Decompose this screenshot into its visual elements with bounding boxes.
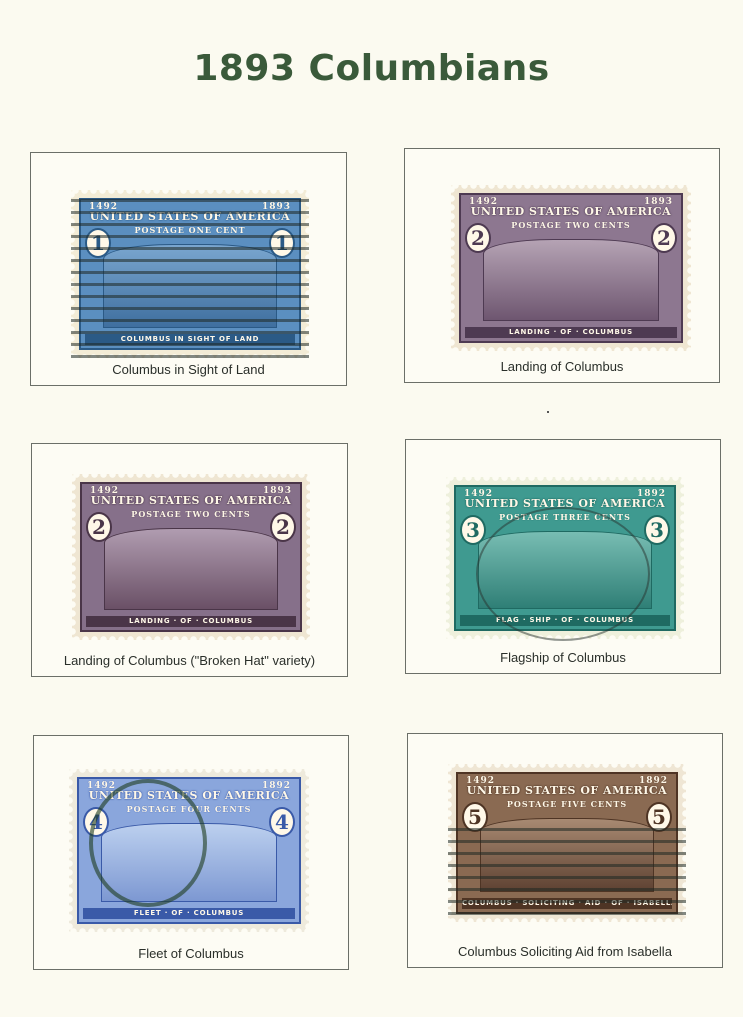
stamp-label: LANDING · OF · COLUMBUS: [86, 616, 296, 627]
stamp-country: UNITED STATES OF AMERICA: [456, 497, 674, 510]
stamp-label: COLUMBUS IN SIGHT OF LAND: [85, 334, 295, 345]
stamp-image-3c: 1492 1892 UNITED STATES OF AMERICA POSTA…: [446, 477, 684, 639]
stamp-mount-2: 1492 1893 UNITED STATES OF AMERICA POSTA…: [404, 148, 720, 383]
stamp-country: UNITED STATES OF AMERICA: [461, 205, 681, 218]
stamp-vignette: [480, 818, 654, 892]
stamp-image-2c-broken-hat: 1492 1893 UNITED STATES OF AMERICA POSTA…: [72, 474, 310, 640]
stamp-country: UNITED STATES OF AMERICA: [82, 494, 300, 507]
stamp-mount-6: 1492 1892 UNITED STATES OF AMERICA POSTA…: [407, 733, 723, 968]
stamp-vignette: [101, 823, 277, 902]
page-speck: [547, 411, 549, 413]
stamp-postage: POSTAGE TWO CENTS: [461, 220, 681, 230]
stamp-postage: POSTAGE ONE CENT: [81, 225, 299, 235]
stamp-postage: POSTAGE FIVE CENTS: [458, 799, 676, 809]
stamp-postage: POSTAGE THREE CENTS: [456, 512, 674, 522]
stamp-country: UNITED STATES OF AMERICA: [81, 210, 299, 223]
stamp-mount-4: 1492 1892 UNITED STATES OF AMERICA POSTA…: [405, 439, 721, 674]
stamp-image-1c: 1492 1893 UNITED STATES OF AMERICA POSTA…: [71, 190, 309, 358]
stamp-vignette: [103, 244, 277, 328]
stamp-country: UNITED STATES OF AMERICA: [79, 789, 299, 802]
stamp-image-5c: 1492 1892 UNITED STATES OF AMERICA POSTA…: [448, 764, 686, 922]
stamp-label: LANDING · OF · COLUMBUS: [465, 327, 677, 338]
stamp-label: FLAG · SHIP · OF · COLUMBUS: [460, 615, 670, 626]
stamp-image-2c: 1492 1893 UNITED STATES OF AMERICA POSTA…: [451, 185, 691, 351]
stamp-vignette: [104, 528, 278, 610]
stamp-caption: Flagship of Columbus: [406, 650, 720, 665]
stamp-label: FLEET · OF · COLUMBUS: [83, 908, 295, 919]
stamp-caption: Columbus in Sight of Land: [31, 362, 346, 377]
stamp-image-4c: 1492 1892 UNITED STATES OF AMERICA POSTA…: [69, 769, 309, 932]
stamp-vignette: [483, 239, 659, 321]
stamp-postage: POSTAGE TWO CENTS: [82, 509, 300, 519]
stamp-caption: Landing of Columbus ("Broken Hat" variet…: [32, 653, 347, 668]
stamp-mount-5: 1492 1892 UNITED STATES OF AMERICA POSTA…: [33, 735, 349, 970]
stamp-label: COLUMBUS · SOLICITING · AID · OF · ISABE…: [462, 898, 672, 909]
stamp-vignette: [478, 531, 652, 609]
stamp-caption: Landing of Columbus: [405, 359, 719, 374]
stamp-mount-1: 1492 1893 UNITED STATES OF AMERICA POSTA…: [30, 152, 347, 386]
stamp-country: UNITED STATES OF AMERICA: [458, 784, 676, 797]
stamp-mount-3: 1492 1893 UNITED STATES OF AMERICA POSTA…: [31, 443, 348, 677]
page-title: 1893 Columbians: [0, 48, 743, 89]
stamp-caption: Fleet of Columbus: [34, 946, 348, 961]
stamp-caption: Columbus Soliciting Aid from Isabella: [408, 944, 722, 959]
stamp-postage: POSTAGE FOUR CENTS: [79, 804, 299, 814]
